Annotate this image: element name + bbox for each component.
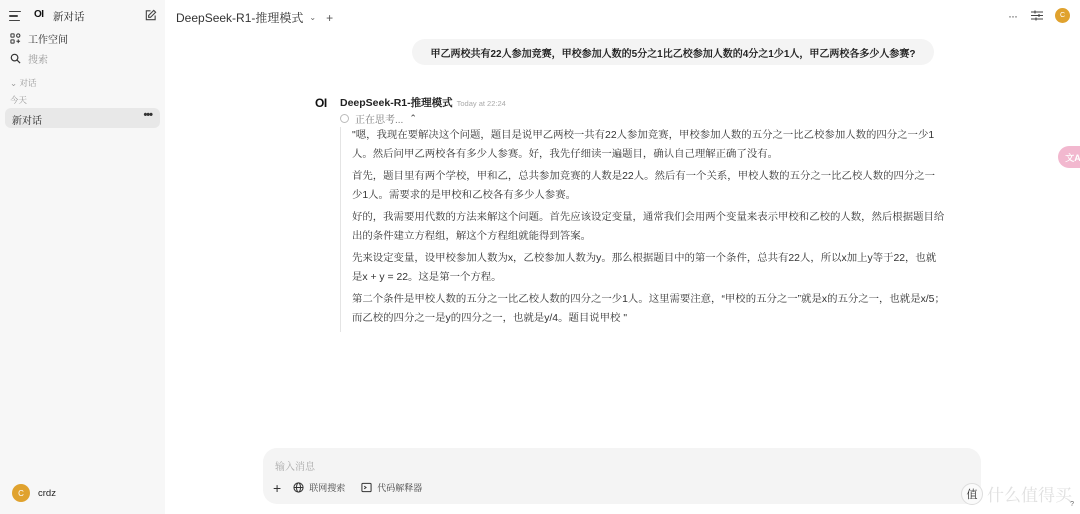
more-options-icon[interactable]: •••: [143, 109, 152, 121]
chats-section-label: 对话: [19, 78, 36, 88]
thinking-content: "嗯，我现在要解决这个问题，题目是说甲乙两校一共有22人参加竞赛，甲校参加人数的…: [340, 127, 945, 332]
chevron-up-icon[interactable]: ⌃: [409, 113, 417, 124]
app-logo: OI: [34, 9, 44, 20]
app-window: OI 新对话 工作空间 搜索 ⌄ 对话 今天 新对话 •••: [0, 0, 1080, 514]
date-group-label: 今天: [10, 94, 27, 106]
code-interpreter-label: 代码解释器: [377, 481, 422, 494]
add-model-button[interactable]: +: [326, 11, 333, 25]
chat-list-item[interactable]: 新对话 •••: [5, 108, 160, 128]
search-icon: [10, 53, 21, 64]
code-interpreter-toggle[interactable]: 代码解释器: [361, 481, 422, 494]
search-input[interactable]: 搜索: [28, 51, 48, 66]
message-composer: 输入消息 + 联网搜索 代码解释器: [263, 448, 981, 504]
web-search-label: 联网搜索: [309, 481, 345, 494]
thinking-paragraph: 先来设定变量，设甲校参加人数为x，乙校参加人数为y。那么根据题目中的第一个条件，…: [352, 250, 945, 287]
model-name: DeepSeek-R1-推理模式: [176, 9, 303, 26]
header-actions: ··· C: [1008, 8, 1070, 23]
sidebar-item-workspace[interactable]: 工作空间: [0, 29, 165, 47]
sidebar-header: OI 新对话: [0, 6, 165, 28]
model-selector[interactable]: DeepSeek-R1-推理模式 ⌄ +: [176, 9, 333, 26]
chat-title: 新对话: [12, 112, 42, 127]
sidebar-search[interactable]: 搜索: [0, 49, 165, 67]
assistant-logo: OI: [315, 96, 327, 110]
web-search-toggle[interactable]: 联网搜索: [293, 481, 345, 494]
translate-button[interactable]: 文A: [1058, 146, 1080, 168]
thinking-toggle[interactable]: 正在思考... ⌃: [340, 111, 417, 126]
avatar: C: [12, 484, 30, 502]
watermark: 值 什么值得买: [961, 481, 1072, 506]
chevron-down-icon[interactable]: ⌄: [309, 13, 316, 22]
chats-section-toggle[interactable]: ⌄ 对话: [10, 77, 37, 89]
new-chat-link[interactable]: 新对话: [53, 9, 85, 24]
thinking-paragraph: 好的，我需要用代数的方法来解这个问题。首先应该设定变量，通常我们会用两个变量来表…: [352, 209, 945, 246]
thinking-label: 正在思考...: [355, 111, 403, 126]
chat-main: DeepSeek-R1-推理模式 ⌄ + ··· C 甲乙两校共有22人参加竞赛…: [165, 0, 1080, 514]
assistant-name: DeepSeek-R1-推理模式: [340, 97, 453, 109]
attach-plus-button[interactable]: +: [273, 482, 281, 494]
menu-icon[interactable]: [9, 11, 21, 21]
watermark-text: 什么值得买: [987, 481, 1072, 506]
thinking-paragraph: "嗯，我现在要解决这个问题，题目是说甲乙两校一共有22人参加竞赛，甲校参加人数的…: [352, 127, 945, 164]
user-message: 甲乙两校共有22人参加竞赛，甲校参加人数的5分之1比乙校参加人数的4分之1少1人…: [412, 39, 934, 65]
workspace-label: 工作空间: [28, 31, 68, 46]
terminal-icon: [361, 482, 372, 493]
user-menu[interactable]: C crdz: [12, 484, 56, 502]
more-icon[interactable]: ···: [1008, 9, 1017, 23]
new-chat-edit-icon[interactable]: [144, 9, 157, 22]
composer-tools: + 联网搜索 代码解释器: [273, 481, 438, 494]
message-timestamp: Today at 22:24: [457, 99, 506, 108]
workspace-grid-icon: [10, 33, 21, 44]
avatar[interactable]: C: [1055, 8, 1070, 23]
thinking-paragraph: 第二个条件是甲校人数的五分之一比乙校人数的四分之一少1人。这里需要注意，“甲校的…: [352, 291, 945, 328]
controls-sliders-icon[interactable]: [1031, 10, 1043, 21]
loading-spinner-icon: [340, 114, 349, 123]
user-name: crdz: [38, 488, 56, 499]
sidebar: OI 新对话 工作空间 搜索 ⌄ 对话 今天 新对话 •••: [0, 0, 165, 514]
globe-icon: [293, 482, 304, 493]
message-input[interactable]: 输入消息: [275, 458, 315, 473]
watermark-seal-icon: 值: [961, 483, 983, 505]
thinking-paragraph: 首先，题目里有两个学校，甲和乙，总共参加竞赛的人数是22人。然后有一个关系，甲校…: [352, 168, 945, 205]
assistant-header: DeepSeek-R1-推理模式Today at 22:24: [340, 95, 506, 110]
help-icon[interactable]: ?: [1070, 501, 1074, 508]
